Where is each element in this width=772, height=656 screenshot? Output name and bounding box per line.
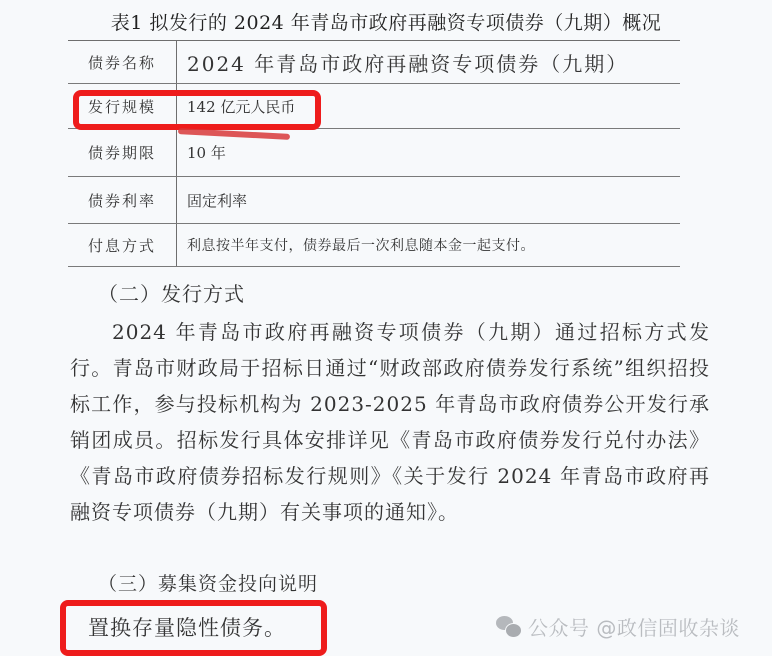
section-heading-fund-usage: （三）募集资金投向说明: [98, 566, 738, 602]
row-label: 债券名称: [68, 41, 177, 83]
bond-overview-table: 债券名称 2024 年青岛市政府再融资专项债券（九期） 发行规模 142 亿元人…: [68, 40, 680, 267]
row-value: 利息按半年支付，债券最后一次利息随本金一起支付。: [177, 235, 535, 255]
watermark-text: 公众号 @政信固收杂谈: [528, 612, 740, 641]
table-row: 债券名称 2024 年青岛市政府再融资专项债券（九期）: [68, 41, 680, 84]
row-value: 2024 年青岛市政府再融资专项债券（九期）: [177, 48, 628, 77]
table-row: 债券利率 固定利率: [68, 177, 680, 224]
wechat-icon: [496, 616, 522, 638]
table-row: 付息方式 利息按半年支付，债券最后一次利息随本金一起支付。: [68, 224, 680, 267]
row-value: 固定利率: [177, 190, 247, 211]
highlight-box-fund-usage: [60, 600, 327, 656]
row-label: 债券期限: [68, 129, 177, 176]
section-heading-issuance-method: （二）发行方式: [98, 276, 738, 312]
row-label: 债券利率: [68, 177, 177, 223]
row-value: 10 年: [177, 142, 226, 163]
row-label: 付息方式: [68, 224, 177, 266]
watermark: 公众号 @政信固收杂谈: [496, 612, 740, 641]
highlight-box-issue-size: [73, 90, 321, 130]
table-caption: 表1 拟发行的 2024 年青岛市政府再融资专项债券（九期）概况: [0, 8, 772, 35]
issuance-method-paragraph: 2024 年青岛市政府再融资专项债券（九期）通过招标方式发行。青岛市财政局于招标…: [70, 314, 710, 530]
table-row: 债券期限 10 年: [68, 129, 680, 177]
